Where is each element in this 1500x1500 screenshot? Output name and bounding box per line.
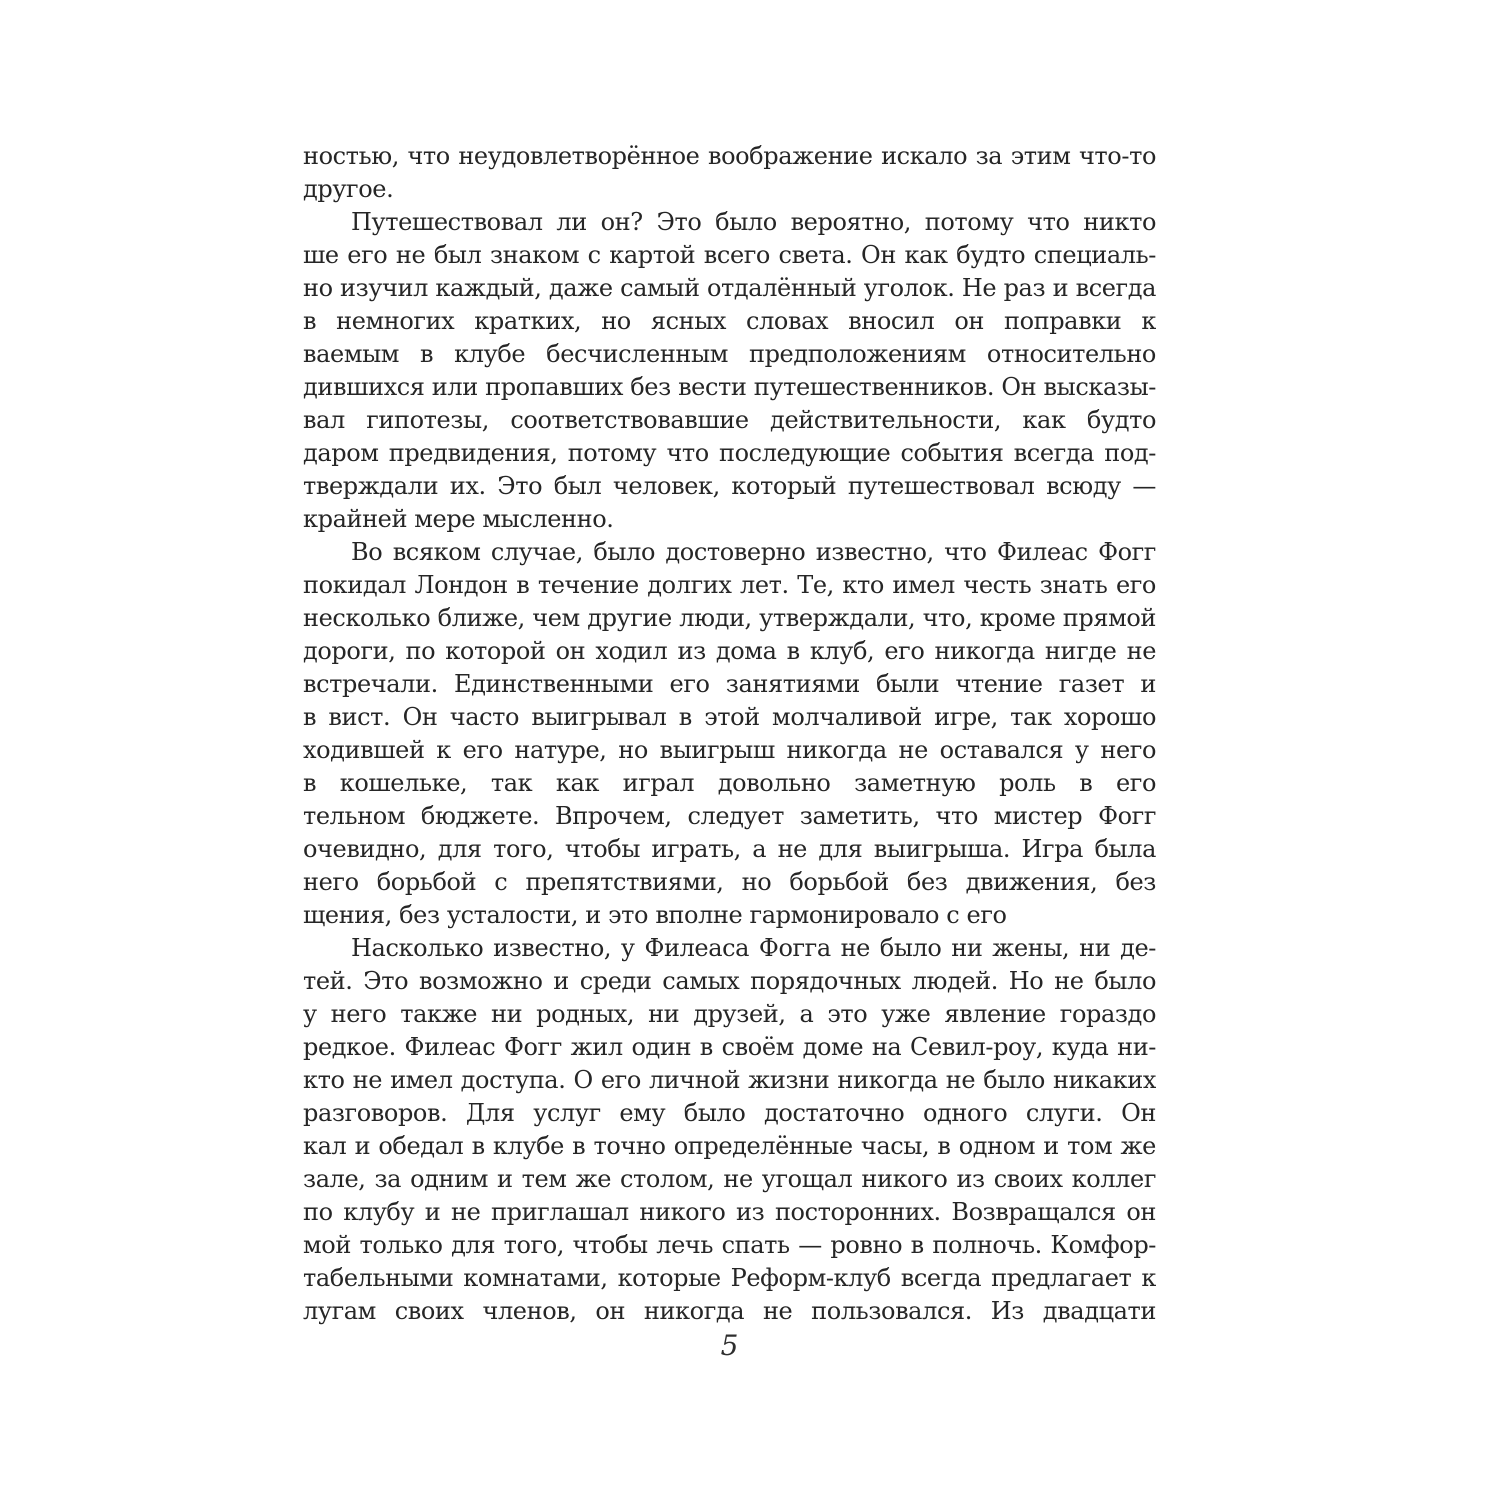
page-number: 5 (303, 1328, 1156, 1364)
text-line: редкое. Филеас Фогг жил один в своём дом… (303, 1031, 1156, 1064)
text-line: в вист. Он часто выигрывал в этой молчал… (303, 701, 1156, 734)
text-line: Насколько известно, у Филеаса Фогга не б… (303, 932, 1156, 965)
text-line: крайней мере мысленно. (303, 503, 1156, 536)
text-line: другое. (303, 173, 1156, 206)
text-line: ше его не был знаком с картой всего свет… (303, 239, 1156, 272)
text-line: мой только для того, чтобы лечь спать — … (303, 1229, 1156, 1262)
paragraph: Во всяком случае, было достоверно извест… (303, 536, 1156, 932)
text-line: тельном бюджете. Впрочем, следует замети… (303, 800, 1156, 833)
paragraph: Насколько известно, у Филеаса Фогга не б… (303, 932, 1156, 1328)
text-line: ходившей к его натуре, но выигрыш никогд… (303, 734, 1156, 767)
text-line: покидал Лондон в течение долгих лет. Те,… (303, 569, 1156, 602)
text-line: кто не имел доступа. О его личной жизни … (303, 1064, 1156, 1097)
text-line: него борьбой с препятствиями, но борьбой… (303, 866, 1156, 899)
text-line: табельными комнатами, которые Реформ-клу… (303, 1262, 1156, 1295)
text-line: вал гипотезы, соответствовавшие действит… (303, 404, 1156, 437)
text-line: тверждали их. Это был человек, который п… (303, 470, 1156, 503)
paragraph: Путешествовал ли он? Это было вероятно, … (303, 206, 1156, 536)
text-line: но изучил каждый, даже самый отдалённый … (303, 272, 1156, 305)
text-line: очевидно, для того, чтобы играть, а не д… (303, 833, 1156, 866)
text-line: по клубу и не приглашал никого из постор… (303, 1196, 1156, 1229)
page-text-block: ностью, что неудовлетворённое воображени… (303, 140, 1156, 1328)
text-line: лугам своих членов, он никогда не пользо… (303, 1295, 1156, 1328)
text-line: тей. Это возможно и среди самых порядочн… (303, 965, 1156, 998)
text-line: зале, за одним и тем же столом, не угоща… (303, 1163, 1156, 1196)
text-line: у него также ни родных, ни друзей, а это… (303, 998, 1156, 1031)
text-line: Во всяком случае, было достоверно извест… (303, 536, 1156, 569)
text-line: разговоров. Для услуг ему было достаточн… (303, 1097, 1156, 1130)
text-line: ваемым в клубе бесчисленным предположени… (303, 338, 1156, 371)
text-line: щения, без усталости, и это вполне гармо… (303, 899, 1156, 932)
paragraph: ностью, что неудовлетворённое воображени… (303, 140, 1156, 206)
text-line: дившихся или пропавших без вести путешес… (303, 371, 1156, 404)
text-line: Путешествовал ли он? Это было вероятно, … (303, 206, 1156, 239)
text-line: в немногих кратких, но ясных словах внос… (303, 305, 1156, 338)
text-line: ностью, что неудовлетворённое воображени… (303, 140, 1156, 173)
text-line: в кошельке, так как играл довольно замет… (303, 767, 1156, 800)
text-line: дороги, по которой он ходил из дома в кл… (303, 635, 1156, 668)
text-line: даром предвидения, потому что последующи… (303, 437, 1156, 470)
book-page: ностью, что неудовлетворённое воображени… (0, 0, 1500, 1500)
text-line: кал и обедал в клубе в точно определённы… (303, 1130, 1156, 1163)
text-line: несколько ближе, чем другие люди, утверж… (303, 602, 1156, 635)
text-line: встречали. Единственными его занятиями б… (303, 668, 1156, 701)
